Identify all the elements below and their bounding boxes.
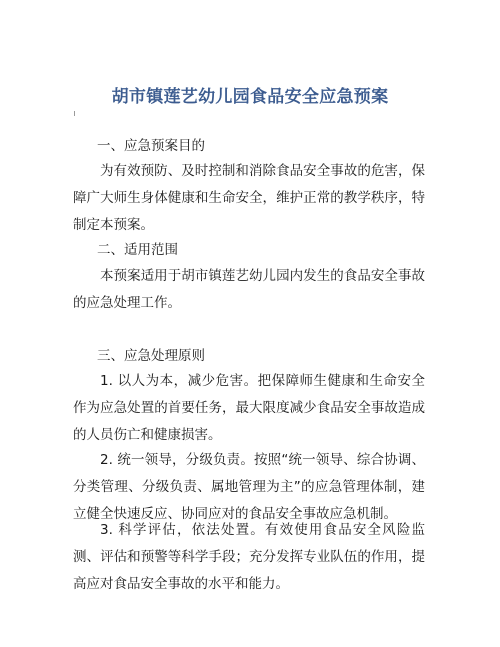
cursor-mark [74,111,75,116]
section-heading-principles: 三、应急处理原则 [97,344,205,364]
document-page: 胡市镇莲艺幼儿园食品安全应急预案 一、应急预案目的 为有效预防、及时控制和消除食… [0,0,500,647]
paragraph-scope: 本预案适用于胡市镇莲艺幼儿园内发生的食品安全事故的应急处理工作。 [73,263,425,317]
section-heading-scope: 二、适用范围 [97,238,178,258]
section-heading-purpose: 一、应急预案目的 [97,134,205,154]
paragraph-principle-2: 2. 统一领导，分级负责。按照“统一领导、综合协调、分类管理、分级负责、属地管理… [73,447,425,528]
paragraph-principle-3: 3. 科学评估，依法处置。有效使用食品安全风险监测、评估和预警等科学手段；充分发… [73,517,425,598]
document-title: 胡市镇莲艺幼儿园食品安全应急预案 [0,82,500,107]
paragraph-purpose: 为有效预防、及时控制和消除食品安全事故的危害，保障广大师生身体健康和生命安全，维… [73,158,425,239]
paragraph-principle-1: 1. 以人为本，减少危害。把保障师生健康和生命安全作为应急处置的首要任务，最大限… [73,368,425,449]
